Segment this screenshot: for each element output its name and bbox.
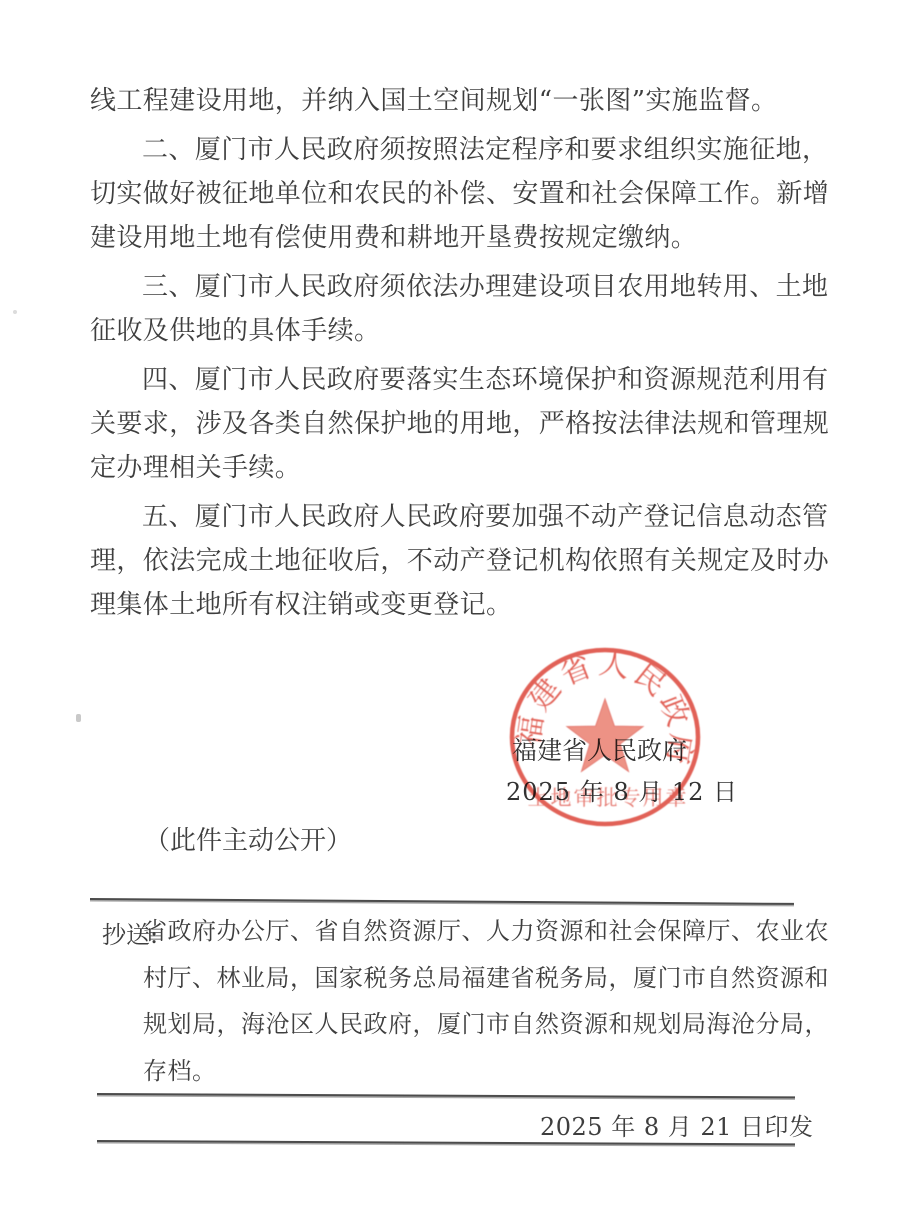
text-line: 建设用地土地有偿使用费和耕地开垦费按规定缴纳。 xyxy=(90,216,812,260)
cc-list: 省政府办公厅、省自然资源厅、人力资源和社会保障厅、农业农 村厅、林业局，国家税务… xyxy=(143,908,818,1094)
text-line: 征收及供地的具体手续。 xyxy=(90,309,812,353)
print-date: 2025 年 8 月 21 日印发 xyxy=(540,1107,760,1142)
text-line: 线工程建设用地，并纳入国土空间规划“一张图”实施监督。 xyxy=(90,79,812,123)
text-line: 四、厦门市人民政府要落实生态环境保护和资源规范利用有 xyxy=(90,358,812,402)
paragraph-4: 四、厦门市人民政府要落实生态环境保护和资源规范利用有 关要求，涉及各类自然保护地… xyxy=(90,358,812,490)
text-line: 定办理相关手续。 xyxy=(90,446,812,490)
cc-line: 村厅、林业局，国家税务总局福建省税务局，厦门市自然资源和 xyxy=(143,955,818,1002)
scan-speck xyxy=(13,310,17,314)
text-line: 关要求，涉及各类自然保护地的用地，严格按法律法规和管理规 xyxy=(90,402,812,446)
paragraph-3: 三、厦门市人民政府须依法办理建设项目农用地转用、土地 征收及供地的具体手续。 xyxy=(90,265,812,353)
text-line: 二、厦门市人民政府须按照法定程序和要求组织实施征地， xyxy=(90,128,812,172)
cc-line: 存档。 xyxy=(143,1048,818,1095)
text-line: 五、厦门市人民政府人民政府要加强不动产登记信息动态管 xyxy=(90,495,812,539)
paragraph-5: 五、厦门市人民政府人民政府要加强不动产登记信息动态管 理，依法完成土地征收后，不… xyxy=(90,495,812,627)
divider-line-top xyxy=(90,898,794,905)
paragraph-2: 二、厦门市人民政府须按照法定程序和要求组织实施征地， 切实做好被征地单位和农民的… xyxy=(90,128,812,260)
public-disclosure-note: （此件主动公开） xyxy=(144,820,352,857)
document-page: 线工程建设用地，并纳入国土空间规划“一张图”实施监督。 二、厦门市人民政府须按照… xyxy=(0,0,900,1206)
text-line: 切实做好被征地单位和农民的补偿、安置和社会保障工作。新增 xyxy=(90,172,812,216)
document-body: 线工程建设用地，并纳入国土空间规划“一张图”实施监督。 二、厦门市人民政府须按照… xyxy=(90,79,812,632)
cc-line: 省政府办公厅、省自然资源厅、人力资源和社会保障厅、农业农 xyxy=(143,908,818,955)
text-line: 理，依法完成土地征收后，不动产登记机构依照有关规定及时办 xyxy=(90,539,812,583)
text-line: 三、厦门市人民政府须依法办理建设项目农用地转用、土地 xyxy=(90,265,812,309)
text-line: 理集体土地所有权注销或变更登记。 xyxy=(90,583,812,627)
signature-date: 2025 年 8 月 12 日 xyxy=(506,772,706,807)
paragraph-1: 线工程建设用地，并纳入国土空间规划“一张图”实施监督。 xyxy=(90,79,812,123)
scan-speck xyxy=(76,714,81,722)
signature-org: 福建省人民政府 xyxy=(512,731,702,767)
cc-line: 规划局，海沧区人民政府，厦门市自然资源和规划局海沧分局， xyxy=(143,1001,818,1048)
